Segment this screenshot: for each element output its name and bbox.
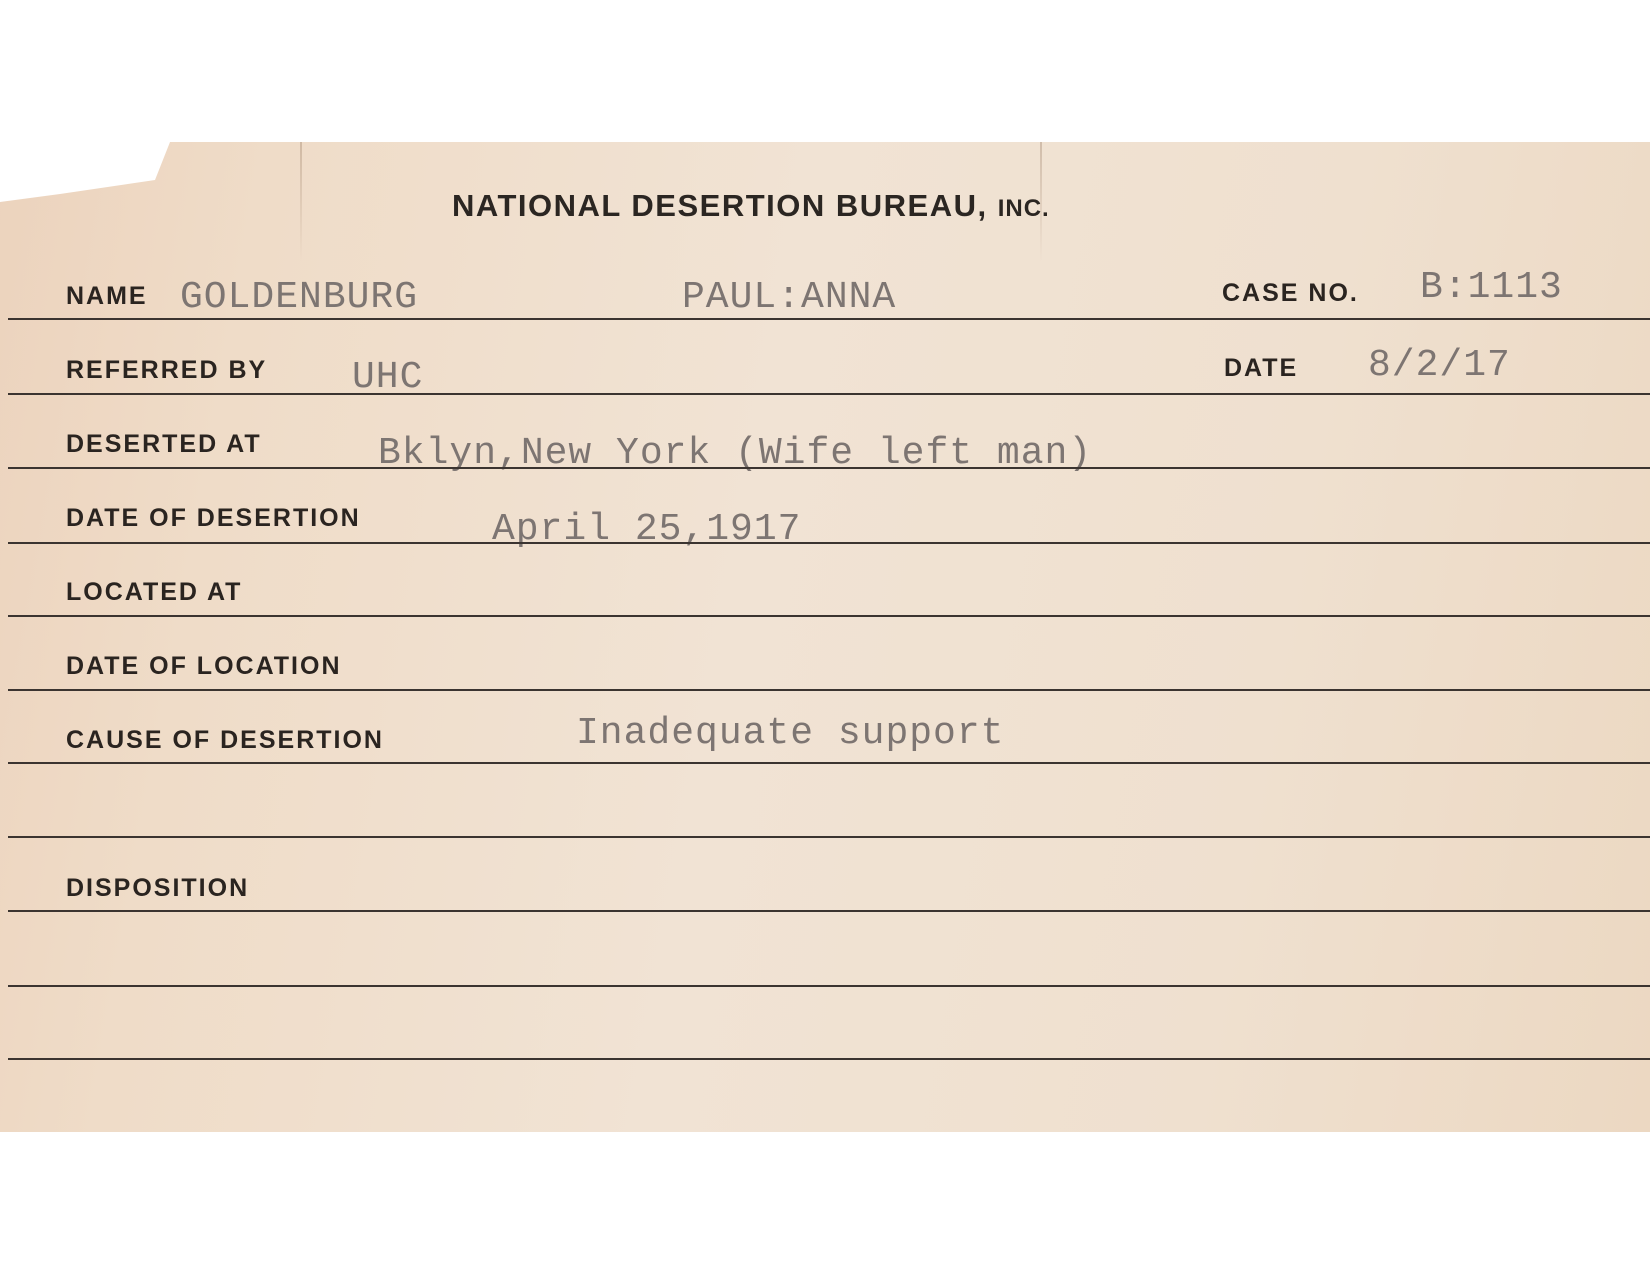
cause-of-desertion-label: CAUSE OF DESERTION: [66, 726, 384, 755]
name-surname-value: GOLDENBURG: [180, 276, 418, 319]
ruled-line: [8, 762, 1650, 764]
ruled-line: [8, 393, 1650, 395]
ruled-line: [8, 910, 1650, 912]
date-label: DATE: [1224, 354, 1298, 383]
paper-crease: [300, 142, 302, 262]
card-title: NATIONAL DESERTION BUREAU, INC.: [452, 188, 1050, 224]
bureau-name: NATIONAL DESERTION BUREAU,: [452, 188, 988, 223]
cause-of-desertion-value: Inadequate support: [576, 712, 1004, 755]
ruled-line: [8, 542, 1650, 544]
ruled-line: [8, 1058, 1650, 1060]
date-of-location-label: DATE OF LOCATION: [66, 652, 342, 681]
ruled-line: [8, 836, 1650, 838]
located-at-label: LOCATED AT: [66, 578, 242, 607]
deserted-at-label: DESERTED AT: [66, 430, 262, 459]
case-no-value: B:1113: [1420, 266, 1563, 309]
disposition-label: DISPOSITION: [66, 874, 249, 903]
ruled-line: [8, 615, 1650, 617]
referred-by-label: REFERRED BY: [66, 356, 267, 385]
bureau-suffix: INC.: [998, 195, 1050, 222]
case-no-label: CASE NO.: [1222, 279, 1359, 308]
name-given-value: PAUL:ANNA: [682, 276, 896, 319]
date-of-desertion-label: DATE OF DESERTION: [66, 504, 361, 533]
ruled-line: [8, 689, 1650, 691]
name-label: NAME: [66, 282, 148, 311]
ruled-line: [8, 985, 1650, 987]
date-value: 8/2/17: [1368, 344, 1511, 387]
ruled-line: [8, 318, 1650, 320]
ruled-line: [8, 467, 1650, 469]
date-of-desertion-value: April 25,1917: [492, 508, 801, 551]
